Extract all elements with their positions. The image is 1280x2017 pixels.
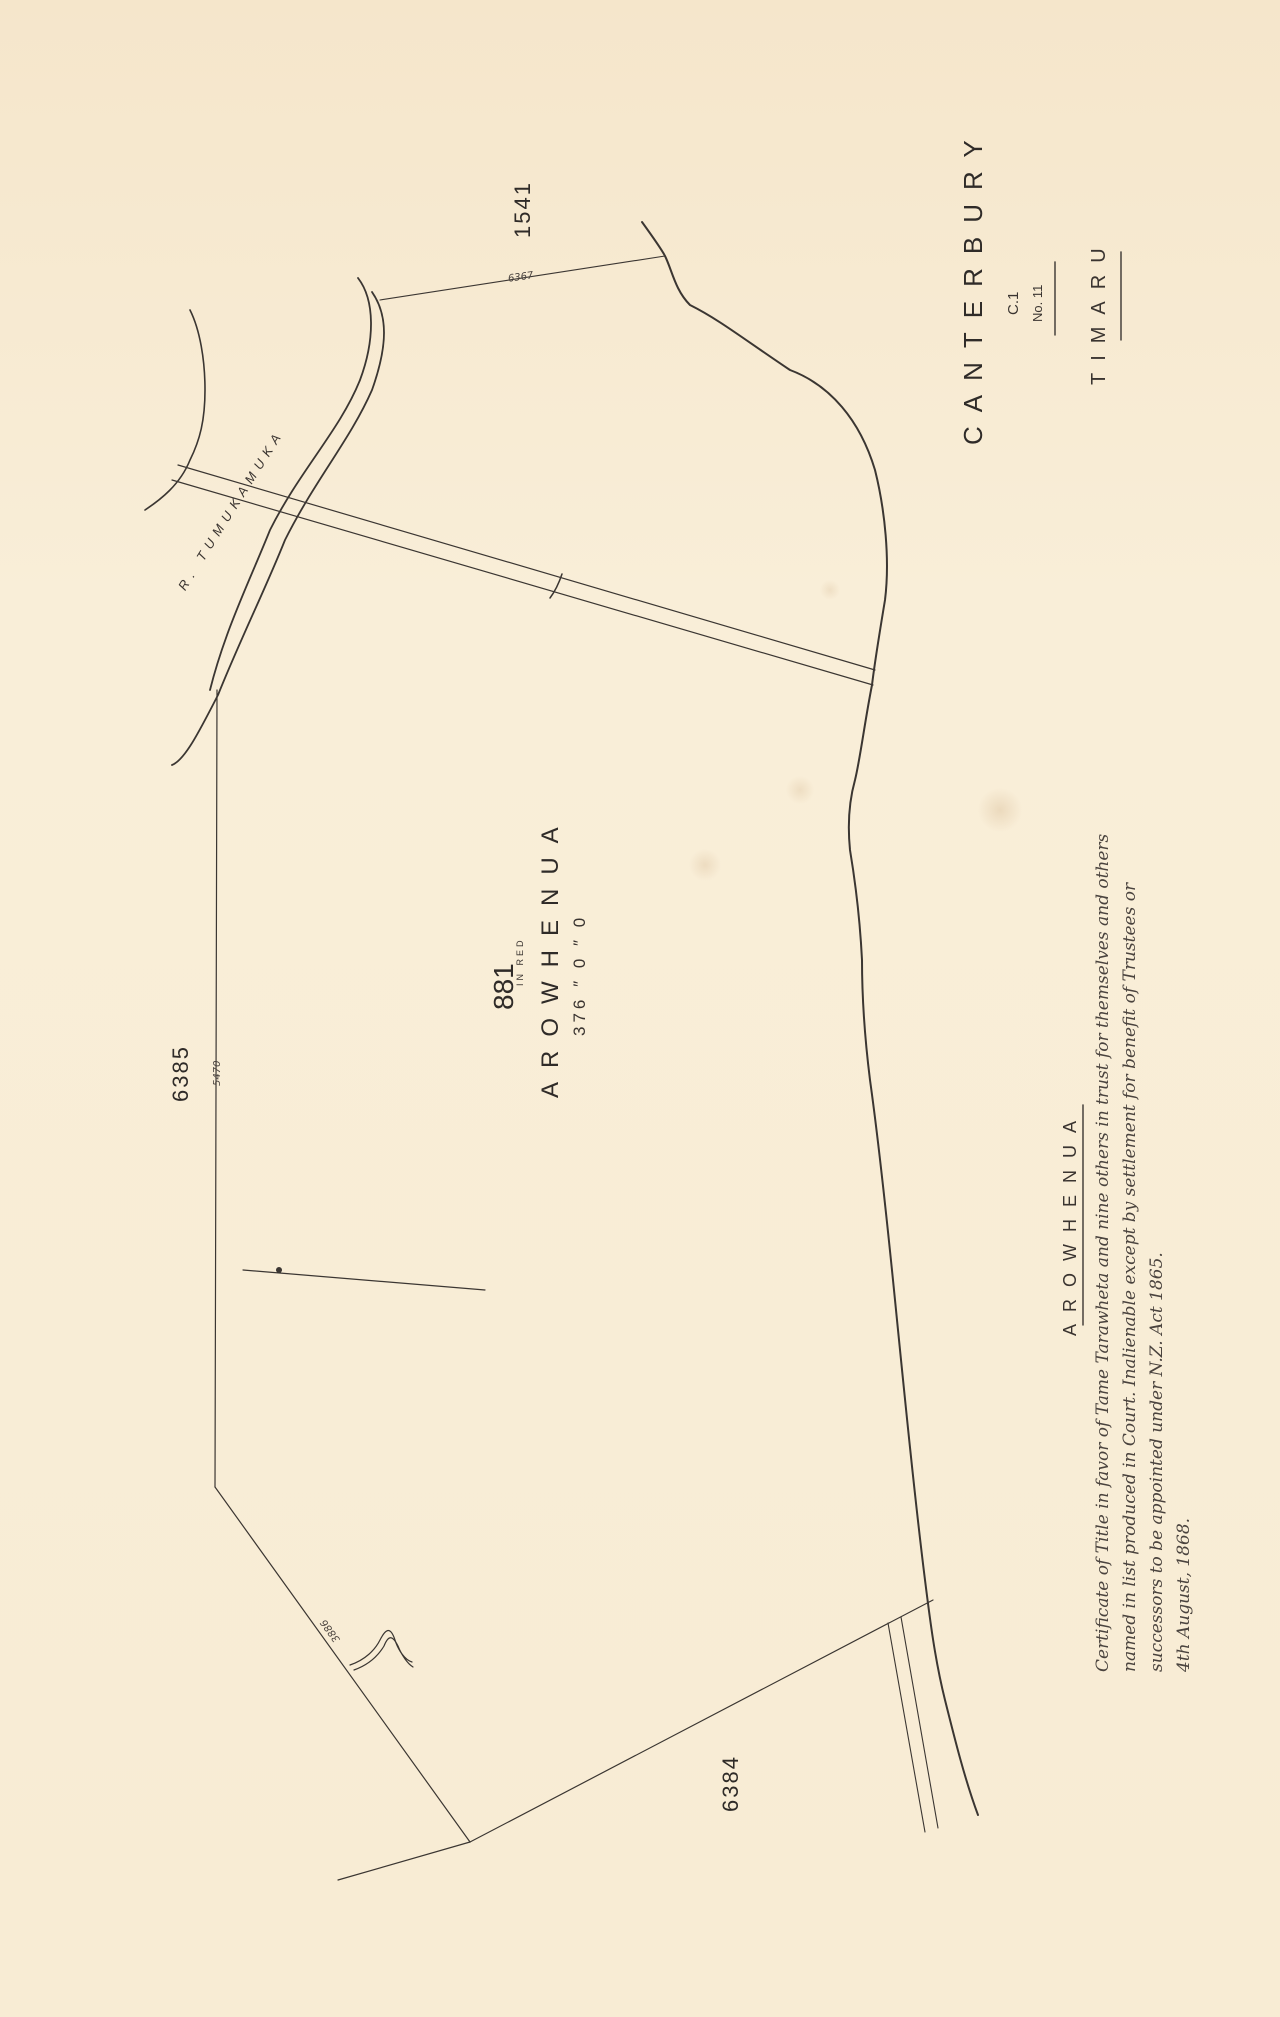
- section-area: 376 ″ 0 ″ 0: [570, 914, 590, 1036]
- small-stream-2: [354, 1638, 413, 1670]
- caption-line-4: 4th August, 1868.: [1171, 1518, 1198, 1672]
- adjacent-section-6385: 6385: [168, 1045, 194, 1102]
- region-title: CANTERBURY: [958, 126, 989, 445]
- road-south-1: [888, 1623, 925, 1832]
- sheet-number: No. 11: [1030, 285, 1045, 322]
- road-south-2: [901, 1617, 938, 1828]
- section-note: IN RED: [515, 937, 525, 986]
- adjacent-section-6384: 6384: [718, 1755, 744, 1812]
- boundary-west: [215, 690, 217, 1487]
- bearing-label-west: 5470: [212, 1061, 223, 1086]
- caption-title: AROWHENUA: [1060, 1109, 1081, 1336]
- small-stream-1: [350, 1631, 412, 1665]
- boundary-creek-east: [642, 222, 978, 1815]
- road-marker: [550, 574, 562, 598]
- survey-line-interior: [243, 1270, 485, 1290]
- caption-line-3: successors to be appointed under N.Z. Ac…: [1144, 1252, 1171, 1672]
- boundary-south: [470, 1600, 933, 1842]
- boundary-southwest: [215, 1487, 470, 1842]
- road-line-2: [172, 480, 873, 685]
- caption-line-1: Certificate of Title in favor of Tame Ta…: [1090, 834, 1117, 1672]
- section-name: AROWHENUA: [537, 813, 565, 1098]
- sheet-ref: C.1: [1005, 292, 1022, 315]
- district-title: TIMARU: [1088, 236, 1111, 385]
- boundary-south-extension: [338, 1842, 470, 1880]
- stream-upper-left: [145, 310, 205, 510]
- caption-line-2: named in list produced in Court. Inalien…: [1117, 883, 1144, 1672]
- road-line-1: [178, 465, 875, 670]
- river-bank-1: [210, 278, 371, 690]
- adjacent-section-1541: 1541: [510, 181, 536, 238]
